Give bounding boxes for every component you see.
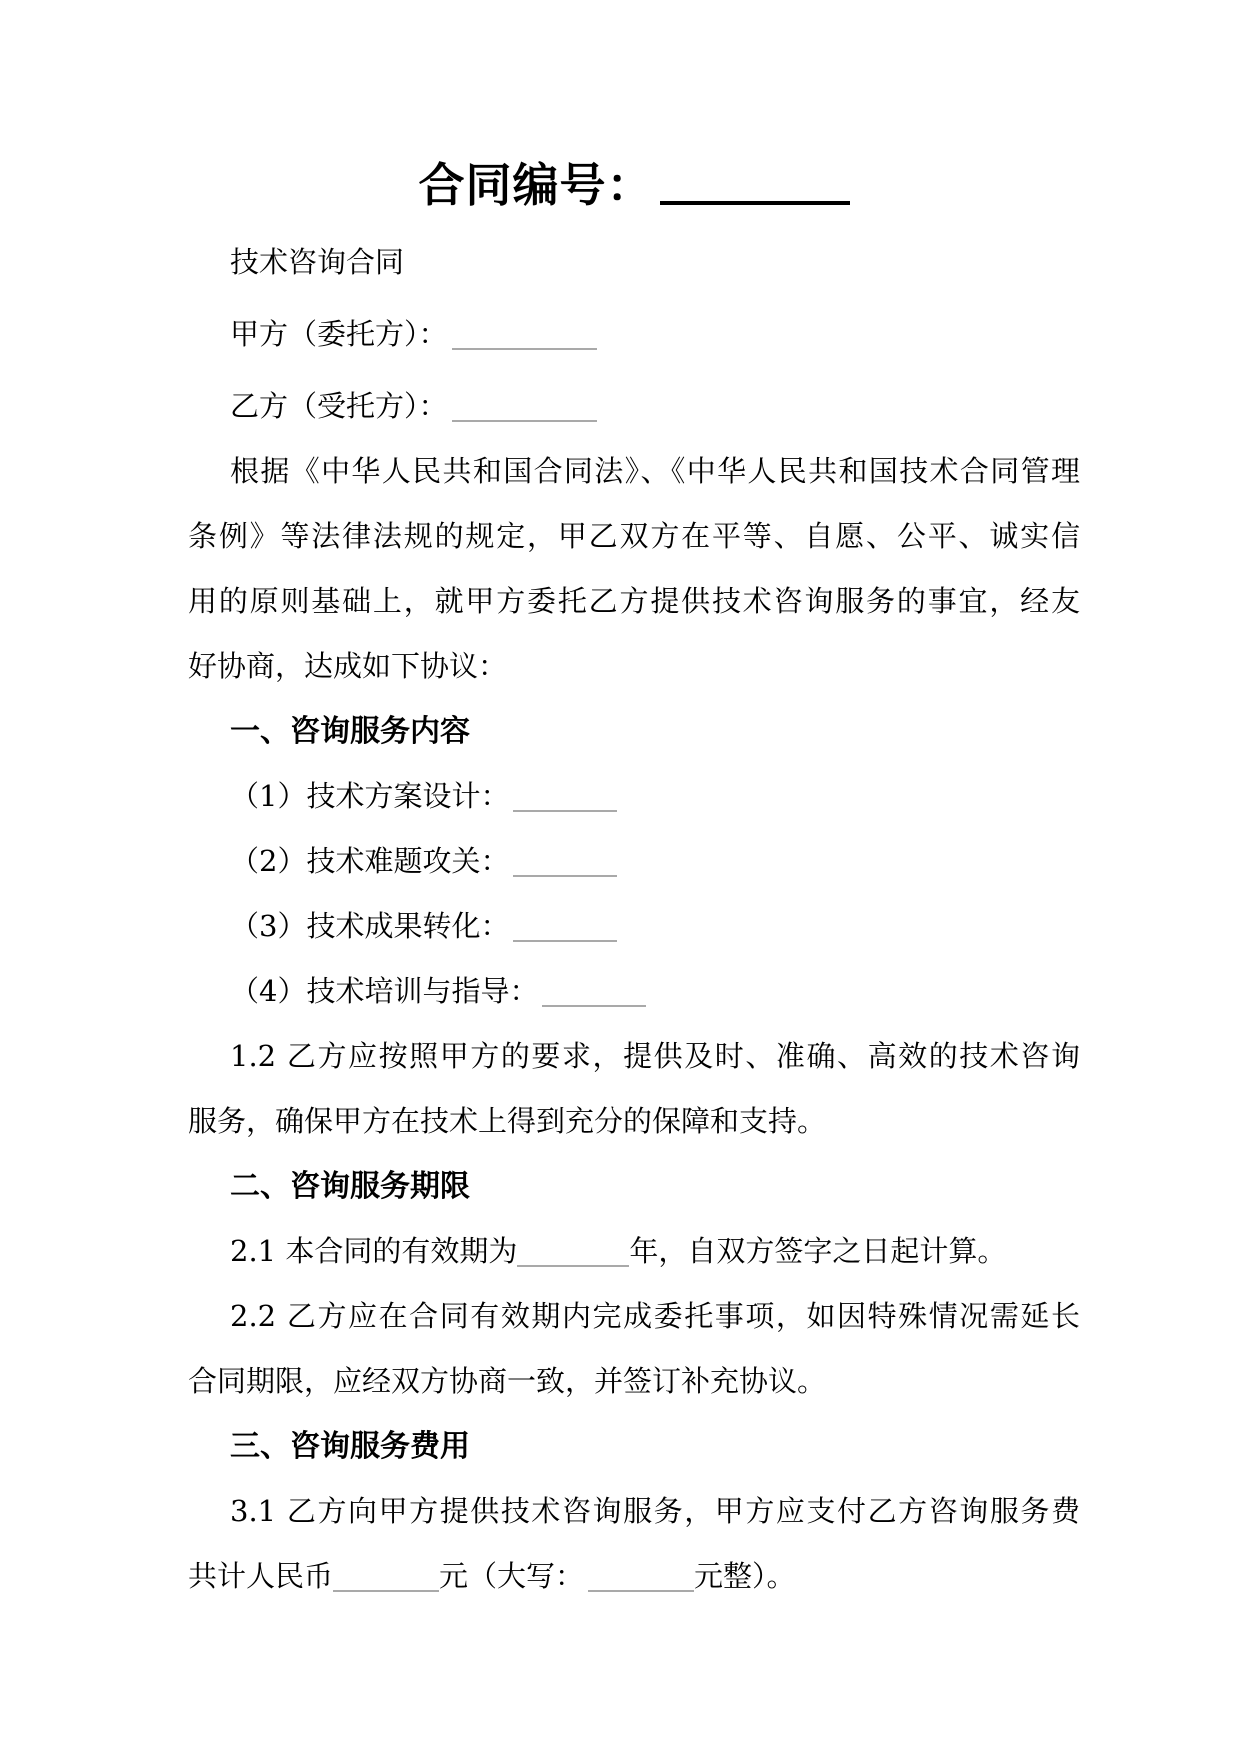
preamble-line-4: 好协商，达成如下协议： [188,634,1080,699]
clause-1-2-line-1: 1.2 乙方应按照甲方的要求，提供及时、准确、高效的技术咨询 [188,1024,1080,1089]
service-item-3: （3）技术成果转化： [188,894,1080,959]
clause-2-1-suffix: 年，自双方签字之日起计算。 [629,1234,1006,1268]
section-1-heading: 一、咨询服务内容 [188,699,1080,764]
preamble-line-1: 根据《中华人民共和国合同法》、《中华人民共和国技术合同管理 [188,439,1080,504]
fee-amount-words-blank [588,1560,694,1592]
clause-3-1: 3.1 乙方向甲方提供技术咨询服务，甲方应支付乙方咨询服务费 共计人民币元（大写… [188,1479,1080,1609]
preamble-paragraph: 根据《中华人民共和国合同法》、《中华人民共和国技术合同管理 条例》等法律法规的规… [188,439,1080,699]
clause-2-2: 2.2 乙方应在合同有效期内完成委托事项，如因特殊情况需延长 合同期限，应经双方… [188,1284,1080,1414]
service-item-2: （2）技术难题攻关： [188,829,1080,894]
section-3-heading: 三、咨询服务费用 [188,1414,1080,1479]
contract-number-title: 合同编号： [188,150,1080,220]
service-item-3-blank [513,910,617,942]
party-b-blank [452,390,597,422]
service-item-1: （1）技术方案设计： [188,764,1080,829]
service-item-2-label: （2）技术难题攻关： [230,844,509,878]
clause-1-2-line-2: 服务，确保甲方在技术上得到充分的保障和支持。 [188,1089,1080,1154]
fee-amount-mid: 元（大写： [439,1559,584,1593]
service-item-2-blank [513,845,617,877]
service-item-4: （4）技术培训与指导： [188,959,1080,1024]
contract-page: 合同编号： 技术咨询合同 甲方（委托方）： 乙方（受托方）： 根据《中华人民共和… [0,0,1240,1753]
clause-3-1-line-1: 3.1 乙方向甲方提供技术咨询服务，甲方应支付乙方咨询服务费 [188,1479,1080,1544]
party-b-label: 乙方（受托方）： [230,389,448,423]
fee-amount-prefix: 共计人民币 [188,1559,333,1593]
party-a-line: 甲方（委托方）： [188,302,1080,367]
service-item-4-blank [542,975,646,1007]
service-item-4-label: （4）技术培训与指导： [230,974,538,1008]
preamble-line-3: 用的原则基础上，就甲方委托乙方提供技术咨询服务的事宜，经友 [188,569,1080,634]
document-type-line: 技术咨询合同 [188,230,1080,295]
clause-3-1-line-2: 共计人民币元（大写：元整）。 [188,1544,1080,1609]
service-item-1-blank [513,780,617,812]
party-a-label: 甲方（委托方）： [230,317,448,351]
preamble-line-2: 条例》等法律法规的规定，甲乙双方在平等、自愿、公平、诚实信 [188,504,1080,569]
clause-2-1-prefix: 2.1 本合同的有效期为 [230,1234,517,1268]
clause-2-1: 2.1 本合同的有效期为年，自双方签字之日起计算。 [188,1219,1080,1284]
party-a-blank [452,318,597,350]
fee-amount-blank [333,1560,439,1592]
contract-number-label: 合同编号： [419,158,654,212]
service-item-3-label: （3）技术成果转化： [230,909,509,943]
service-item-1-label: （1）技术方案设计： [230,779,509,813]
contract-number-blank [660,167,850,205]
clause-1-2: 1.2 乙方应按照甲方的要求，提供及时、准确、高效的技术咨询 服务，确保甲方在技… [188,1024,1080,1154]
party-b-line: 乙方（受托方）： [188,374,1080,439]
fee-amount-suffix: 元整）。 [694,1559,796,1593]
clause-2-2-line-1: 2.2 乙方应在合同有效期内完成委托事项，如因特殊情况需延长 [188,1284,1080,1349]
validity-years-blank [517,1235,629,1267]
clause-2-2-line-2: 合同期限，应经双方协商一致，并签订补充协议。 [188,1349,1080,1414]
section-2-heading: 二、咨询服务期限 [188,1154,1080,1219]
